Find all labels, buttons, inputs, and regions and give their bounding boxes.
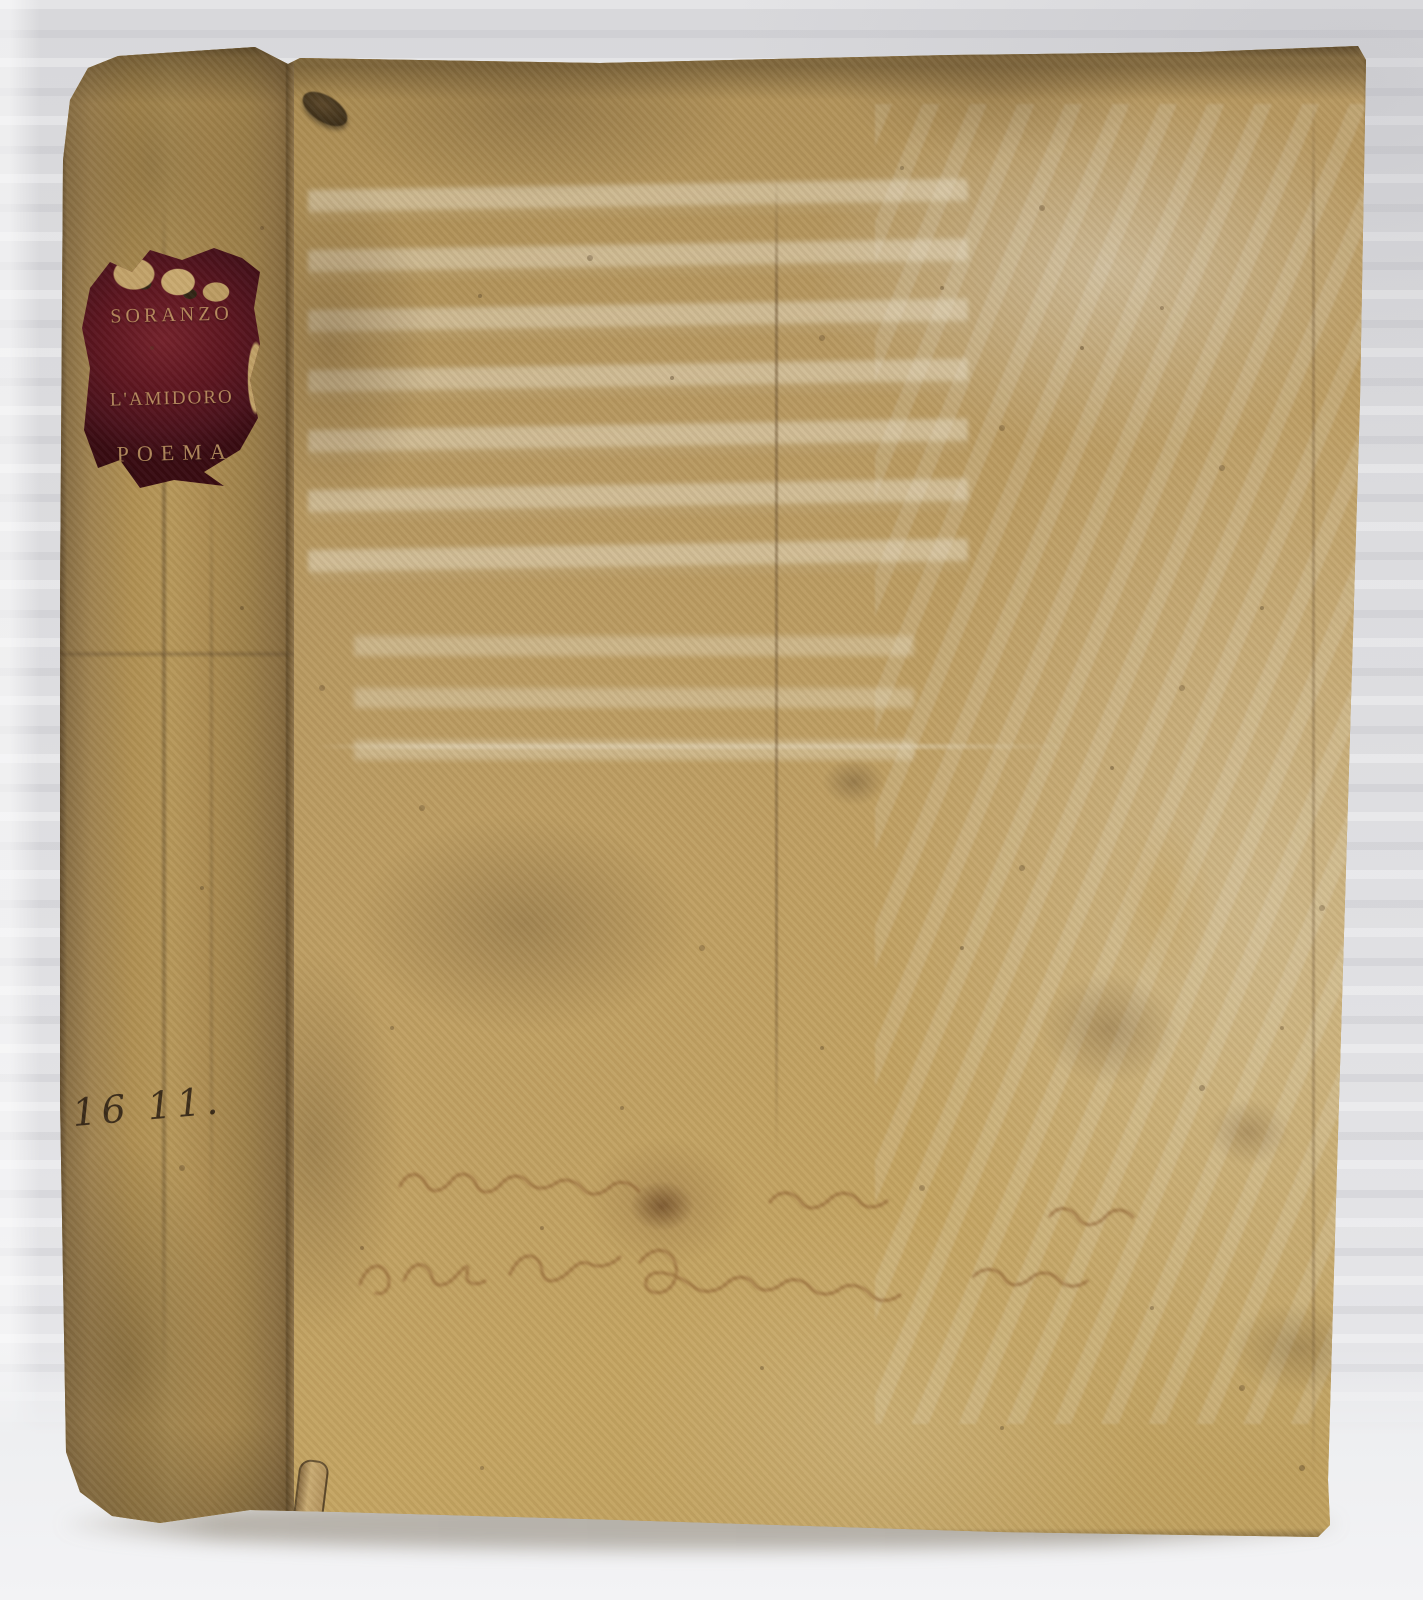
photo-scene: SORANZO L'AMIDORO POEMA 16 11.	[0, 0, 1423, 1600]
vellum-grain-texture	[58, 44, 1370, 1544]
book: SORANZO L'AMIDORO POEMA 16 11.	[58, 44, 1370, 1544]
